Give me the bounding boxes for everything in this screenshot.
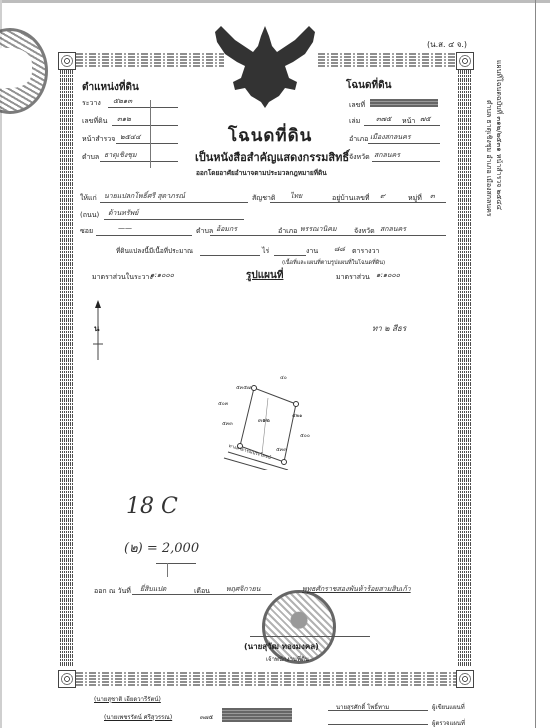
ornamental-border-bottom: [76, 672, 456, 686]
deed-number-redacted: [370, 99, 438, 107]
ornamental-border-top-left: [76, 53, 224, 67]
parcel-label: ๓๑๒: [258, 415, 270, 425]
right-field-label: เล่ม: [349, 116, 360, 127]
neighbor-label: ๔๐: [280, 374, 287, 382]
handwritten-stroke: [167, 563, 168, 577]
map-handwritten-note: ทา ๒ สีธร: [372, 322, 406, 335]
left-field-value: ๒๕๔๔: [120, 132, 141, 143]
officer-left-1: (นายสุชาติ เอียดวารีรัตน์): [94, 694, 161, 704]
role-right-2: ผู้ตรวจแผนที่: [432, 718, 465, 728]
border-corner: [456, 52, 474, 70]
page-edge: [0, 0, 550, 3]
left-field-value: ธาตุเชิงชุม: [104, 150, 137, 161]
scale-left-label: มาตราส่วนในระวาง: [92, 272, 153, 283]
house-number: ๙: [380, 191, 385, 202]
left-field-value: ๕๒๑๓: [113, 96, 132, 107]
right-field-value: เมืองสกลนคร: [370, 132, 411, 143]
deed-authority: ออกโดยอาศัยอำนาจตามประมวลกฎหมายที่ดิน: [196, 168, 327, 178]
left-field-label: ระวาง: [82, 98, 101, 109]
box-divider: [150, 100, 151, 168]
left-seal-inner: [0, 48, 32, 88]
signatory-name: (นายสุวัฒ ทองมงคล): [244, 640, 319, 653]
soi-value: ——: [118, 224, 132, 232]
neighbor-label: ๕๒๑: [292, 412, 302, 420]
underline: [108, 107, 178, 108]
right-field-label: อำเภอ: [349, 134, 368, 145]
ornamental-border-left: [60, 70, 74, 666]
tambon-value: อ้อมกร: [216, 224, 237, 235]
underline: [100, 161, 178, 162]
soi-label: ซอย: [80, 226, 93, 237]
scale-right-value: ๑:๑๐๐๐: [376, 270, 400, 281]
scale-left-value: ๑:๑๐๐๐: [150, 270, 174, 281]
border-corner: [58, 670, 76, 688]
area-label: ที่ดินแปลงนี้มีเนื้อที่ประมาณ: [116, 246, 193, 256]
border-corner: [456, 670, 474, 688]
province-value: สกลนคร: [380, 224, 406, 235]
deed-subtitle: เป็นหนังสือสำคัญแสดงกรรมสิทธิ์: [195, 148, 349, 166]
handwritten-stroke: [156, 563, 196, 564]
right-field-label: จังหวัด: [349, 152, 370, 163]
rai-label: ไร่: [262, 246, 269, 257]
ngan-label: งาน: [306, 246, 318, 257]
right-field-value: ๓๗๕: [376, 114, 391, 125]
underline: [200, 255, 260, 256]
issued-year: พุทธศักราชสองพันห้าร้อยสามสิบเก้า: [302, 584, 411, 595]
issued-prefix: ออก ณ วันที่: [94, 586, 131, 597]
form-code: (น.ส. ๔ จ.): [427, 38, 467, 51]
left-field-label: ตำบล: [82, 152, 99, 163]
land-location-heading: ตำแหน่งที่ดิน: [82, 80, 139, 95]
right-field-value: สกลนคร: [374, 150, 400, 161]
underline: [100, 202, 248, 203]
north-label: น: [94, 322, 99, 335]
road-label: (ถนน): [80, 210, 99, 221]
issued-month-label: เดือน: [194, 586, 210, 597]
deed-title: โฉนดที่ดิน: [228, 122, 312, 149]
ornamental-border-right: [458, 70, 472, 666]
page-edge: [535, 0, 536, 728]
underline: [210, 235, 446, 236]
underline: [364, 125, 440, 126]
underline: [372, 161, 440, 162]
signature-line: [250, 636, 370, 637]
wa-label: ตารางวา: [352, 246, 379, 257]
underline: [132, 594, 272, 595]
neighbor-label: ๕๓๓: [276, 446, 287, 454]
area-note: (เนื้อที่และแผนที่ตามรูปแผนที่ในโฉนดที่ด…: [282, 259, 385, 267]
road-value: ด้านทรัพย์: [108, 208, 138, 219]
underline: [112, 125, 178, 126]
neighbor-label: ๕๐๐: [300, 432, 310, 440]
owner-prefix: ให้แก่: [80, 193, 97, 204]
side-vertical-text-2: ตำบล ธาตุเชิงชุม อำเภอ เมืองสกลนคร: [484, 100, 495, 217]
underline: [274, 255, 306, 256]
handwritten-note-1: 18 C: [126, 494, 178, 519]
left-field-value: ๓๑๒: [117, 114, 131, 125]
deed-bottom-redacted: [222, 708, 292, 722]
right-field-value: ๗๕: [420, 114, 431, 125]
moo-value: ๓: [430, 191, 435, 202]
handwritten-note-2: (๒) = 2,000: [124, 537, 199, 558]
underline: [104, 219, 244, 220]
border-corner: [58, 52, 76, 70]
officer-left-2: (นายเพชรรัตน์ ศรีสุวรรณ): [104, 712, 172, 722]
parcel-map-diagram: [218, 370, 328, 470]
amphoe-value: พรรณานิคม: [300, 224, 337, 235]
signature-line: [328, 710, 428, 711]
underline: [270, 202, 446, 203]
signature-line: [328, 724, 428, 725]
deed-heading: โฉนดที่ดิน: [346, 78, 391, 93]
side-vertical-text-1: แผนที่โฉนดฉบับที่ ๓๑๒/๒๕๓๑ หน้าสำรวจ ๒๕๔…: [494, 60, 505, 210]
left-field-label: เลขที่ดิน: [82, 116, 107, 127]
map-heading: รูปแผนที่: [246, 268, 283, 283]
signatory-title: เจ้าพนักงานที่ดิน: [266, 654, 309, 664]
deed-bottom-label: ๓๗๕: [200, 712, 213, 722]
underline: [96, 235, 192, 236]
ornamental-border-top-right: [318, 53, 456, 67]
neighbor-label: ๕๐๓: [218, 400, 228, 408]
underline: [116, 143, 178, 144]
neighbor-label: ๕๓๕๗: [236, 384, 251, 392]
underline: [368, 143, 440, 144]
right-field-label: เลขที่: [349, 100, 365, 111]
scale-right-label: มาตราส่วน: [336, 272, 370, 283]
wa-value: ๘๘: [334, 244, 345, 255]
neighbor-label: ๕๓๓: [222, 420, 233, 428]
role-right-1: ผู้เขียนแผนที่: [432, 702, 465, 712]
owner-name: นายแปลกโพธิ์ศรี สุดาภรณ์: [104, 191, 185, 202]
nationality-value: ไทย: [290, 191, 302, 202]
left-field-label: หน้าสำรวจ: [82, 134, 115, 145]
